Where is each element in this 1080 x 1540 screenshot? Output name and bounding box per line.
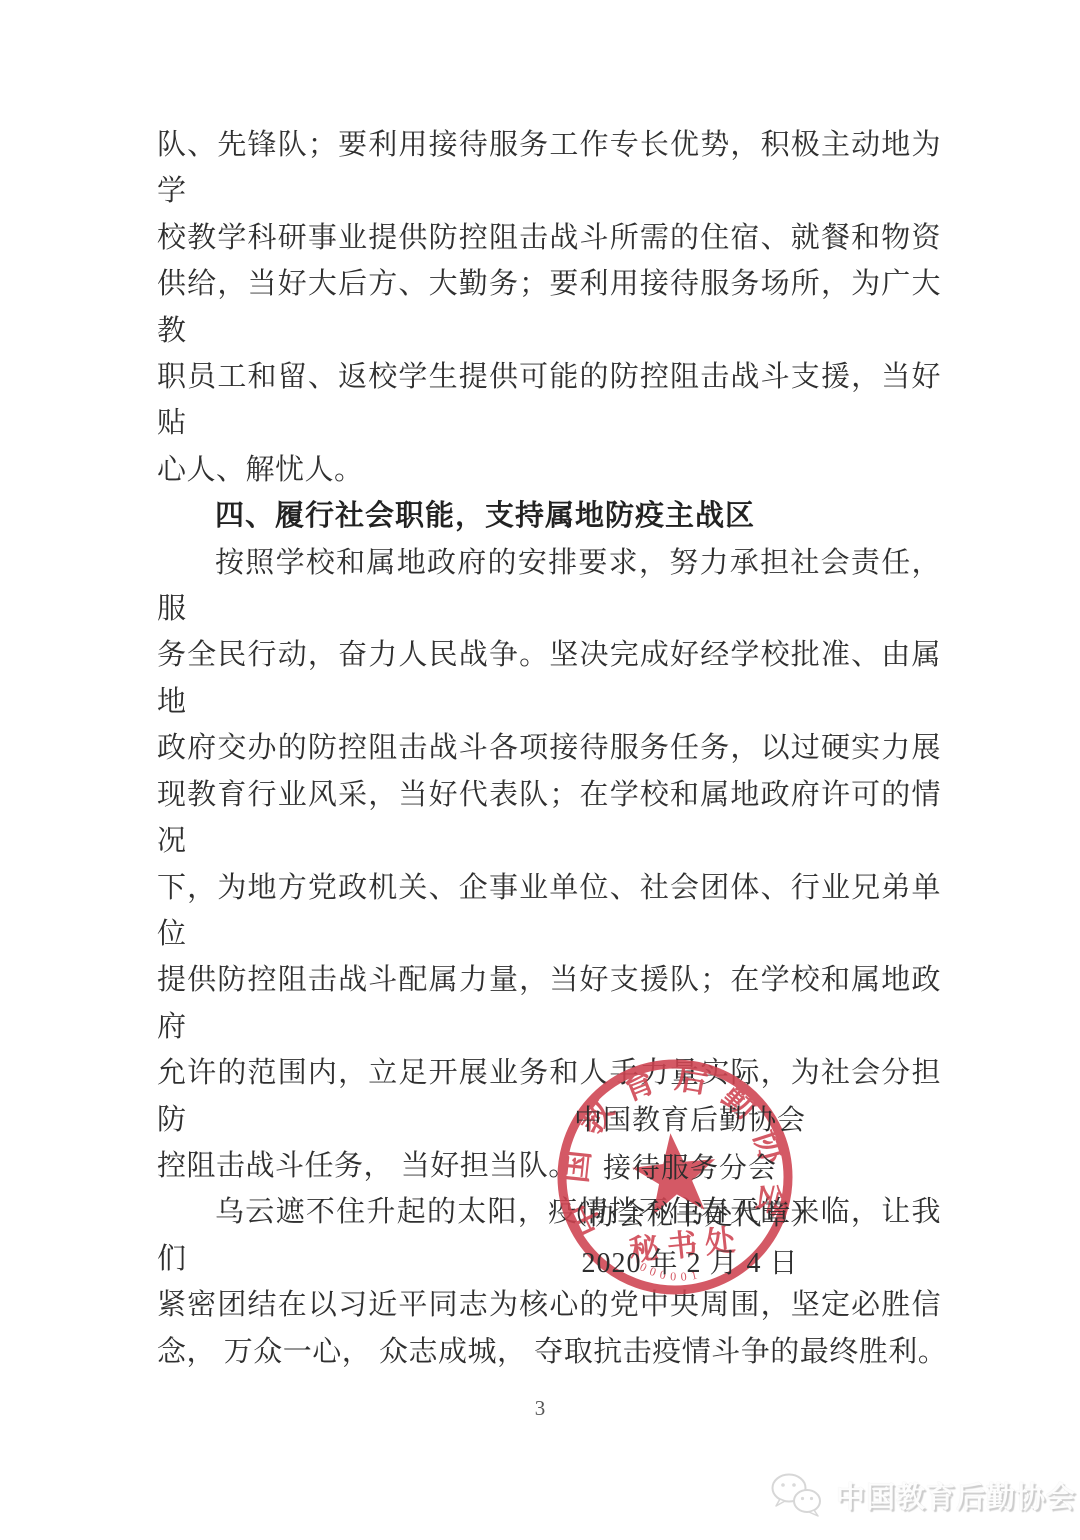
section-heading: 四、履行社会职能，支持属地防疫主战区 <box>157 493 941 539</box>
body-line: 紧密团结在以习近平同志为核心的党中央周围，坚定必胜信 <box>157 1282 941 1328</box>
body-line: 校教学科研事业提供防控阻击战斗所需的住宿、就餐和物资 <box>157 215 941 261</box>
signature-org-line-1: 中国教育后勤协会 <box>510 1097 870 1145</box>
signature-block: 中国教育后勤协会 接待服务分会 （协会秘书处代章） 2020 年 2 月 4 日 <box>510 1097 870 1287</box>
body-line: 提供防控阻击战斗配属力量，当好支援队；在学校和属地政府 <box>157 957 941 1050</box>
body-line: 供给，当好大后方、大勤务；要利用接待服务场所，为广大教 <box>157 261 941 354</box>
body-line: 心人、解忧人。 <box>157 447 941 493</box>
body-line: 队、先锋队；要利用接待服务工作专长优势，积极主动地为学 <box>157 122 941 215</box>
body-line: 念， 万众一心， 众志成城， 夺取抗击疫情斗争的最终胜利。 <box>157 1329 941 1375</box>
wechat-icon <box>768 1472 826 1518</box>
document-page: 队、先锋队；要利用接待服务工作专长优势，积极主动地为学 校教学科研事业提供防控阻… <box>0 0 1080 1540</box>
footer-watermark: 中国教育后勤协会 <box>768 1472 1076 1518</box>
page-number: 3 <box>0 1396 1080 1421</box>
body-line: 按照学校和属地政府的安排要求，努力承担社会责任，服 <box>157 540 941 633</box>
body-line: 职员工和留、返校学生提供可能的防控阻击战斗支援，当好贴 <box>157 354 941 447</box>
signature-org-line-2: 接待服务分会 <box>510 1145 870 1193</box>
body-line: 现教育行业风采，当好代表队；在学校和属地政府许可的情况 <box>157 772 941 865</box>
signature-date: 2020 年 2 月 4 日 <box>510 1240 870 1288</box>
signature-note: （协会秘书处代章） <box>510 1192 870 1240</box>
body-line: 务全民行动，奋力人民战争。坚决完成好经学校批准、由属地 <box>157 632 941 725</box>
body-line: 下，为地方党政机关、企事业单位、社会团体、行业兄弟单位 <box>157 865 941 958</box>
body-line: 政府交办的防控阻击战斗各项接待服务任务，以过硬实力展 <box>157 725 941 771</box>
footer-brand: 中国教育后勤协会 <box>836 1475 1076 1516</box>
